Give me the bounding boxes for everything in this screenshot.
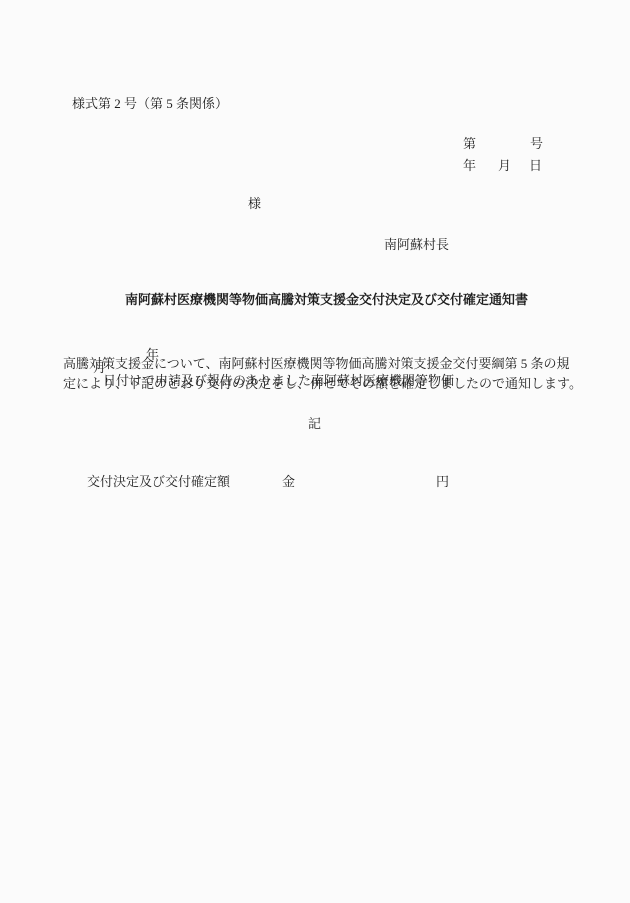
sender-title: 南阿蘇村長 bbox=[384, 238, 449, 251]
date-year-label: 年 bbox=[463, 159, 476, 172]
doc-number-prefix: 第 bbox=[463, 137, 476, 150]
record-marker: 記 bbox=[308, 417, 321, 430]
amount-currency-prefix: 金 bbox=[282, 475, 295, 488]
addressee-honorific: 様 bbox=[248, 197, 261, 210]
body-paragraph-line-3: 定により、下記のとおり交付の決定をし、併せてその額を確定しましたので通知します。 bbox=[63, 377, 582, 390]
document-title: 南阿蘇村医療機関等物価高騰対策支援金交付決定及び交付確定通知書 bbox=[125, 293, 528, 306]
date-day-label: 日 bbox=[529, 159, 542, 172]
notification-document-page: 様式第 2 号（第 5 条関係） 第 号 年 月 日 様 南阿蘇村長 南阿蘇村医… bbox=[0, 0, 630, 903]
amount-label: 交付決定及び交付確定額 bbox=[87, 475, 230, 488]
body-paragraph-line-2: 高騰対策支援金について、南阿蘇村医療機関等物価高騰対策支援金交付要綱第 5 条の… bbox=[63, 357, 569, 370]
form-number-label: 様式第 2 号（第 5 条関係） bbox=[72, 97, 228, 110]
amount-currency-suffix: 円 bbox=[436, 475, 449, 488]
doc-number-suffix: 号 bbox=[530, 137, 543, 150]
date-month-label: 月 bbox=[498, 159, 511, 172]
